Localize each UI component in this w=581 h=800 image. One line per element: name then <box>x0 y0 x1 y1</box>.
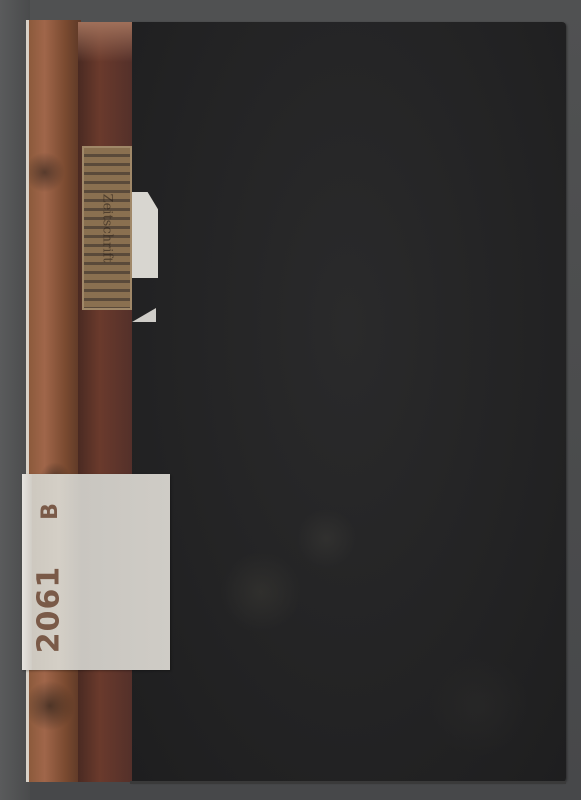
spine-title-label: Zeitschrift <box>82 146 132 310</box>
book-cover <box>130 22 566 782</box>
book: Zeitschrift B 2061 <box>22 18 568 784</box>
call-number-text: 2061 <box>32 565 67 653</box>
call-letter-text: B <box>38 503 63 520</box>
spine-title-text: Zeitschrift <box>100 194 115 263</box>
call-number: 2061 <box>34 554 64 664</box>
call-letter: B <box>36 496 64 526</box>
cover-bottom-edge <box>130 781 566 784</box>
paper-bookmark-tab <box>132 192 158 278</box>
library-call-label: B 2061 <box>22 474 170 670</box>
